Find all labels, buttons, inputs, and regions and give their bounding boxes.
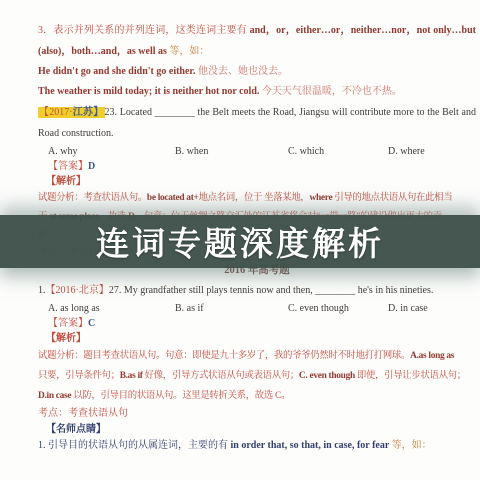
analysis-label: 【解析】 <box>38 175 476 189</box>
banner-title: 连词专题深度解析 <box>96 218 384 265</box>
analysis-seg-en: B.as if <box>120 371 143 381</box>
analysis-line-1: 试题分析：考查状语从句。be located at+地点名词，位于 坐落某地，w… <box>38 189 476 208</box>
option-a: A. why <box>48 144 175 159</box>
option-d: D. in case <box>388 301 428 316</box>
option-a: A. as long as <box>48 301 175 316</box>
question-2016-answer: 【答案】C <box>38 316 476 332</box>
analysis-seg: 试题分析：考查状语从句。 <box>38 193 147 203</box>
tag-region: 江苏】 <box>73 107 104 118</box>
analysis-seg: 试题分析：题目考查状语从句。句意：即使是九十多岁了，我的爷爷仍然时不时地打打网球… <box>38 351 410 361</box>
analysis-2016-line-2: 只要，引导条件句；B.as if 好像，引导方式状语从句或表语从句；C. eve… <box>38 366 476 386</box>
analysis-2016-line-1: 试题分析：题目考查状语从句。句意：即使是九十多岁了，我的爷爷仍然时不时地打打网球… <box>38 346 476 366</box>
example-2-chinese: 今天天气很温暖，不冷也不热。 <box>262 86 402 97</box>
stem-text: 23. Located ________ the Belt meets the … <box>38 107 476 139</box>
analysis-seg: 即使，引导让步状语从句； <box>355 371 466 381</box>
analysis-seg: 只要，引导条件句； <box>38 371 120 381</box>
analysis-label: 【解析】 <box>38 332 476 346</box>
question-2016-tag: 【2016·北京】 <box>46 285 109 296</box>
stem-text: 27. My grandfather still plays tennis no… <box>109 285 434 296</box>
analysis-seg: 地点名词，位于 坐落某地， <box>199 193 310 203</box>
analysis-seg-en: C. even though <box>299 371 355 381</box>
analysis-seg-en: D.in case <box>38 391 71 401</box>
answer-label: 【答案】 <box>48 161 88 172</box>
answer-value: D <box>88 161 95 172</box>
analysis-seg: 好像，引导方式状语从句或表语从句； <box>143 371 299 381</box>
question-2017-answer: 【答案】D <box>38 159 476 175</box>
example-sentence-2: The weather is mild today; it is neither… <box>38 82 476 102</box>
question-2017-stem: 【2017·江苏】23. Located ________ the Belt m… <box>38 102 476 144</box>
analysis-seg: 以防，引导目的状语从句。这里是转折关系，故选 C。 <box>71 391 290 401</box>
note-conjunctions: in order that, so that, in case, for fea… <box>231 440 392 451</box>
note-tail: 等，如： <box>392 440 432 451</box>
question-2017-tag: 【2017·江苏】 <box>38 107 105 118</box>
document-page: 3．表示并列关系的并列连词，这类连词主要有 and，or，either…or，n… <box>0 0 480 480</box>
question-2017-options: A. whyB. whenC. whichD. where <box>38 144 476 159</box>
grammar-point-3-tail: 等，如： <box>169 46 209 57</box>
option-c: C. even though <box>288 301 388 316</box>
question-2016-stem: 1.【2016·北京】27. My grandfather still play… <box>38 280 476 301</box>
teacher-note-1: 1. 引导目的状语从句的从属连词，主要的有 in order that, so … <box>38 438 476 454</box>
analysis-seg-en: where <box>310 193 335 203</box>
option-c: C. which <box>288 144 388 159</box>
option-b: B. as if <box>175 301 288 316</box>
example-2-english: The weather is mild today; it is neither… <box>38 86 262 97</box>
example-1-chinese: 他没去、她也没去。 <box>198 66 288 77</box>
option-d: D. where <box>388 144 425 159</box>
note-chinese: 1. 引导目的状语从句的从属连词，主要的有 <box>38 440 231 451</box>
example-sentence-1: He didn't go and she didn't go either. 他… <box>38 62 476 82</box>
question-number: 1. <box>38 285 46 296</box>
analysis-seg-en: A.as long as <box>410 351 454 361</box>
example-1-english: He didn't go and she didn't go either. <box>38 66 198 77</box>
grammar-point-3: 3．表示并列关系的并列连词，这类连词主要有 and，or，either…or，n… <box>38 20 476 62</box>
topic-banner: 连词专题深度解析 <box>0 215 480 268</box>
option-b: B. when <box>175 144 288 159</box>
teacher-notes-label: 【名师点睛】 <box>38 422 476 438</box>
answer-value: C <box>88 318 95 329</box>
analysis-2016-line-3: D.in case 以防，引导目的状语从句。这里是转折关系，故选 C。 <box>38 386 476 406</box>
answer-label: 【答案】 <box>48 318 88 329</box>
exam-point-2016: 考点：考查状语从句 <box>38 406 476 422</box>
tag-year: 【2017· <box>39 107 73 118</box>
question-2016-options: A. as long asB. as ifC. even thoughD. in… <box>38 301 476 316</box>
grammar-point-3-text: 3．表示并列关系的并列连词，这类连词主要有 <box>38 25 247 36</box>
analysis-seg-en: be located at+ <box>147 193 199 203</box>
analysis-seg: 引导的地点状语从句在此相当 <box>334 193 452 203</box>
